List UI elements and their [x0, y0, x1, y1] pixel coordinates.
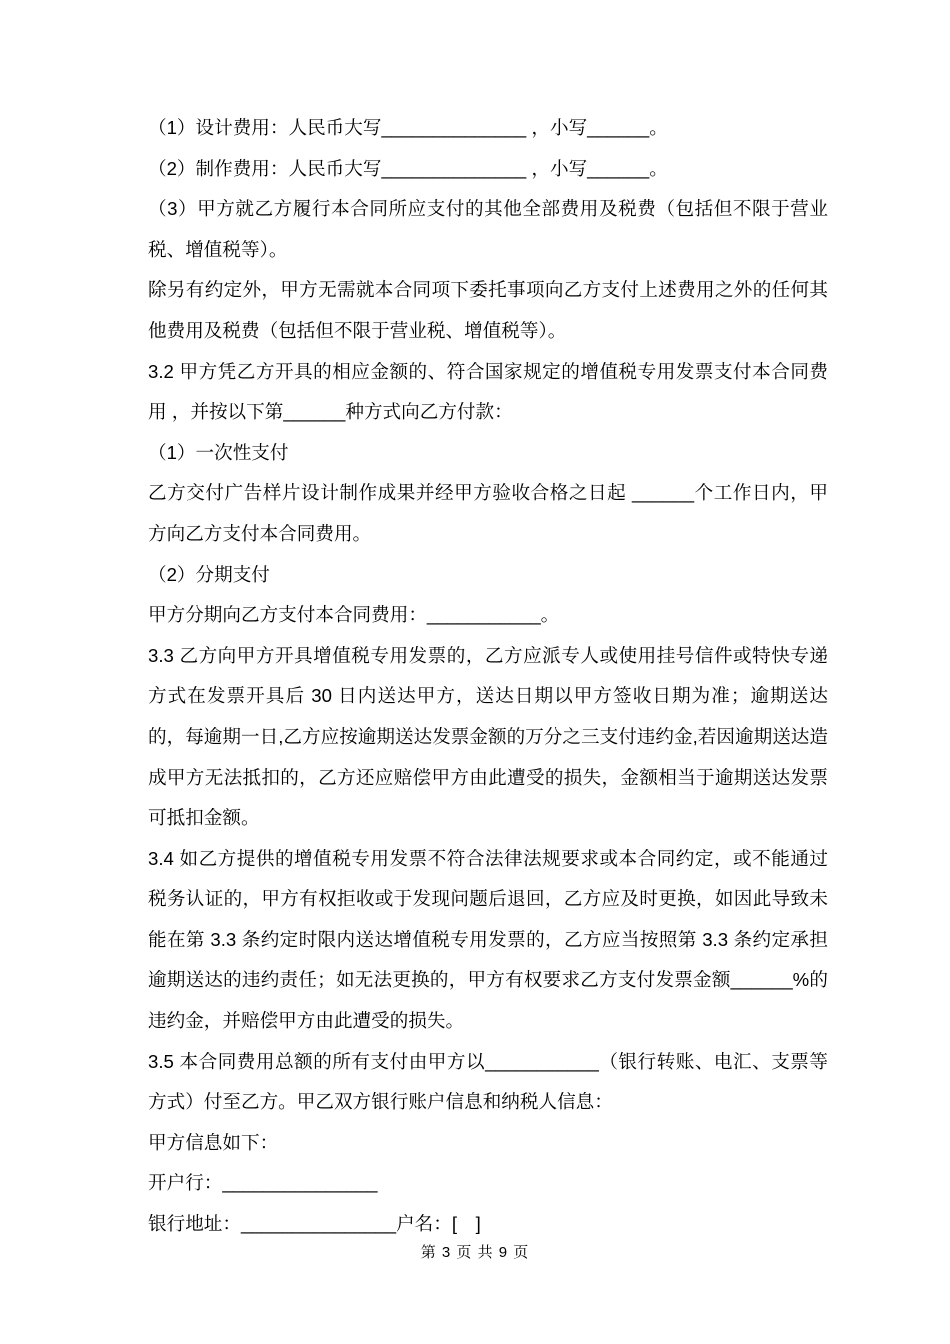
document-body: （1）设计费用：人民币大写______________ ，小写______。 （…	[148, 108, 828, 1245]
bank-address-account-line: 银行地址：_______________户名：[ ]	[148, 1204, 828, 1245]
clause-one-time-payment-detail: 乙方交付广告样片设计制作成果并经甲方验收合格之日起 ______个工作日内，甲方…	[148, 473, 828, 554]
contract-document-page: （1）设计费用：人民币大写______________ ，小写______。 （…	[0, 0, 950, 1344]
clause-3-2-payment-terms: 3.2 甲方凭乙方开具的相应金额的、符合国家规定的增值税专用发票支付本合同费用 …	[148, 352, 828, 433]
clause-3-5-payment-method: 3.5 本合同费用总额的所有支付由甲方以___________（银行转账、电汇、…	[148, 1042, 828, 1123]
clause-design-fee: （1）设计费用：人民币大写______________ ，小写______。	[148, 108, 828, 149]
party-a-info-label: 甲方信息如下：	[148, 1123, 828, 1164]
clause-3-4-invoice-replacement: 3.4 如乙方提供的增值税专用发票不符合法律法规要求或本合同约定，或不能通过税务…	[148, 839, 828, 1042]
clause-production-fee: （2）制作费用：人民币大写______________ ，小写______。	[148, 149, 828, 190]
clause-fee-exclusion: 除另有约定外，甲方无需就本合同项下委托事项向乙方支付上述费用之外的任何其他费用及…	[148, 270, 828, 351]
clause-installment-payment-title: （2）分期支付	[148, 555, 828, 596]
clause-installment-payment-detail: 甲方分期向乙方支付本合同费用：___________。	[148, 595, 828, 636]
clause-other-fees-taxes: （3）甲方就乙方履行本合同所应支付的其他全部费用及税费（包括但不限于营业税、增值…	[148, 189, 828, 270]
page-footer: 第 3 页 共 9 页	[0, 1243, 950, 1263]
clause-3-3-invoice-delivery: 3.3 乙方向甲方开具增值税专用发票的，乙方应派专人或使用挂号信件或特快专递方式…	[148, 636, 828, 839]
clause-one-time-payment-title: （1）一次性支付	[148, 433, 828, 474]
bank-name-line: 开户行：_______________	[148, 1163, 828, 1204]
